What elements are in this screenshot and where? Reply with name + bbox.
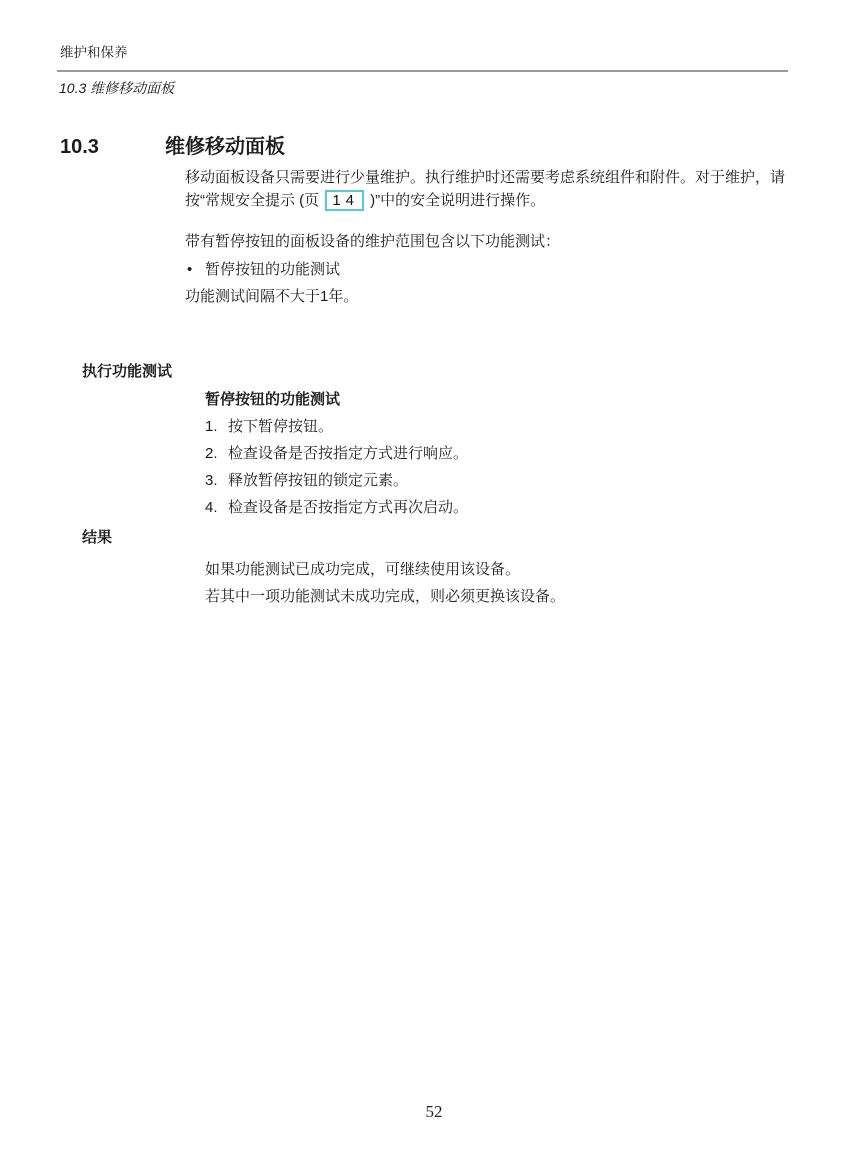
step-text: 检查设备是否按指定方式再次启动。 [228,499,468,516]
step-number: 2. [205,444,228,464]
section-heading-number: 10.3 [60,134,165,160]
scope-lead-text: 带有暂停按钮的面板设备的维护范围包含以下功能测试： [185,231,560,253]
header-rule [57,70,788,72]
page-reference-link[interactable]: 14 [325,190,364,211]
header-section-title: 10.3 维修移动面板 [59,79,174,98]
scope-bullet-item: •暂停按钮的功能测试 [187,259,340,281]
section-heading: 10.3维修移动面板 [60,134,285,160]
section-heading-title: 维修移动面板 [165,136,285,158]
side-heading-execute-test: 执行功能测试 [82,362,172,382]
header-chapter-title: 维护和保养 [60,44,128,62]
page-number: 52 [0,1102,868,1122]
procedure-step: 1.按下暂停按钮。 [205,417,333,437]
step-number: 3. [205,471,228,491]
step-text: 释放暂停按钮的锁定元素。 [228,472,408,489]
step-number: 4. [205,498,228,518]
procedure-step: 4.检查设备是否按指定方式再次启动。 [205,498,468,518]
procedure-step: 3.释放暂停按钮的锁定元素。 [205,471,408,491]
step-text: 检查设备是否按指定方式进行响应。 [228,445,468,462]
step-text: 按下暂停按钮。 [228,418,333,435]
step-number: 1. [205,417,228,437]
procedure-subheading: 暂停按钮的功能测试 [205,390,340,410]
manual-page: 维护和保养 10.3 维修移动面板 10.3维修移动面板 移动面板设备只需要进行… [0,0,868,1157]
scope-interval-note: 功能测试间隔不大于1年。 [185,286,358,308]
bullet-icon: • [187,259,205,281]
result-line: 若其中一项功能测试未成功完成，则必须更换该设备。 [205,587,565,607]
intro-paragraph: 移动面板设备只需要进行少量维护。执行维护时还需要考虑系统组件和附件。对于维护，请… [185,166,801,212]
scope-bullet-text: 暂停按钮的功能测试 [205,261,340,278]
side-heading-result: 结果 [82,528,112,548]
intro-text-after-link: )”中的安全说明进行操作。 [366,192,545,209]
result-line: 如果功能测试已成功完成，可继续使用该设备。 [205,560,520,580]
procedure-step: 2.检查设备是否按指定方式进行响应。 [205,444,468,464]
